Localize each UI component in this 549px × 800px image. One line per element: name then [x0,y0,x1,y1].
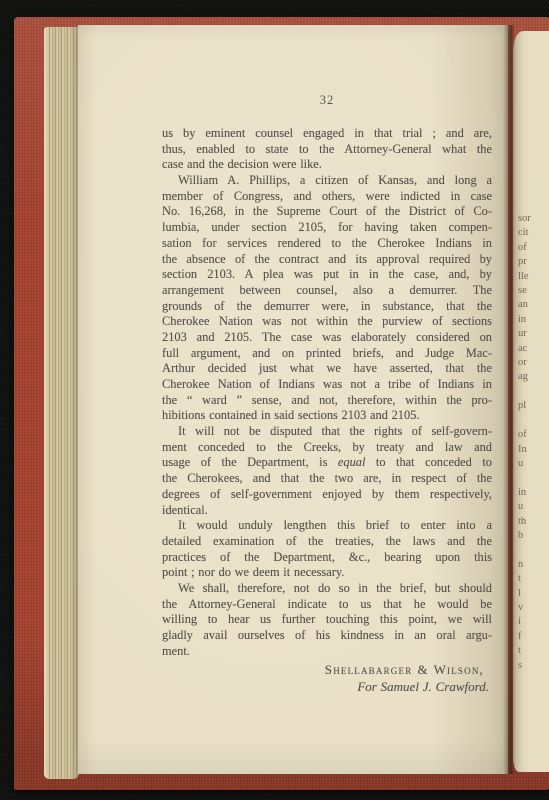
text-line: thus, enabled to state to the Attorney-G… [162,142,492,158]
emphasized-word: equal [338,455,366,469]
text-line: the Cherokees, and that the two are, in … [162,471,492,487]
text-line: It would unduly lengthen this brief to e… [162,518,492,534]
text-line: gladly avail ourselves of his kindness i… [162,628,492,644]
text-line: No. 16,268, in the Supreme Court of the … [162,204,492,220]
text-line: It will not be disputed that the rights … [162,424,492,440]
text-line: the Attorney-General indicate to us that… [162,597,492,613]
text-line: identical. [162,503,492,519]
text-line: member of Congress, and others, were ind… [162,189,492,205]
signature-name: Shellabarger & Wilson, [162,661,492,678]
text-line: the absence of the contract and its appr… [162,252,492,268]
text-line: We shall, therefore, not do so in the br… [162,581,492,597]
paragraph: It will not be disputed that the rights … [162,424,492,518]
text-line: Arthur decided just what we have asserte… [162,361,492,377]
text-segment: to that conceded to [365,455,492,469]
text-segment: usage of the Department, is [162,455,338,469]
page-number: 32 [162,93,492,108]
text-line: practices of the Department, &c., bearin… [162,550,492,566]
text-line: ment conceded to the Creeks, by treaty a… [162,440,492,456]
page-edges [44,27,79,779]
paragraph: It would unduly lengthen this brief to e… [162,518,492,581]
text-line: grounds of the demurrer were, in substan… [162,299,492,315]
book-photo: 32 us by eminent counsel engaged in that… [0,0,549,800]
text-line: degrees of self-government enjoyed by th… [162,487,492,503]
text-line: sation for services rendered to the Cher… [162,236,492,252]
paragraph: William A. Phillips, a citizen of Kansas… [162,173,492,424]
text-line: point ; nor do we deem it necessary. [162,565,492,581]
paragraph: We shall, therefore, not do so in the br… [162,581,492,659]
text-line: hibitions contained in said sections 210… [162,408,492,424]
text-line: Cherokee Nation was not within the purvi… [162,314,492,330]
text-line: ment. [162,644,492,660]
text-line: the “ ward ” sense, and not, therefore, … [162,393,492,409]
text-line: section 2103. A plea was put in in the c… [162,267,492,283]
text-line: lumbia, under section 2105, for having t… [162,220,492,236]
text-line: case and the decision were like. [162,157,492,173]
book-page: 32 us by eminent counsel engaged in that… [78,25,508,774]
text-line: detailed examination of the treaties, th… [162,534,492,550]
page-text: us by eminent counsel engaged in that tr… [162,126,492,695]
text-line: us by eminent counsel engaged in that tr… [162,126,492,142]
text-line: willing to hear us further touching this… [162,612,492,628]
signature-block: Shellabarger & Wilson, For Samuel J. Cra… [162,661,492,695]
text-line: arrangement between counsel, also a demu… [162,283,492,299]
signature-for: For Samuel J. Crawford. [162,678,492,695]
facing-page-sliver: sor cit of pr lle se an in ur ac or ag p… [513,31,549,772]
text-line: usage of the Department, is equal to tha… [162,455,492,471]
facing-page-text: sor cit of pr lle se an in ur ac or ag p… [513,31,549,673]
text-line: 2103 and 2105. The case was elaborately … [162,330,492,346]
text-line: Cherokee Nation of Indians was not a tri… [162,377,492,393]
text-line: full argument, and on printed briefs, an… [162,346,492,362]
paragraph: us by eminent counsel engaged in that tr… [162,126,492,173]
text-line: William A. Phillips, a citizen of Kansas… [162,173,492,189]
